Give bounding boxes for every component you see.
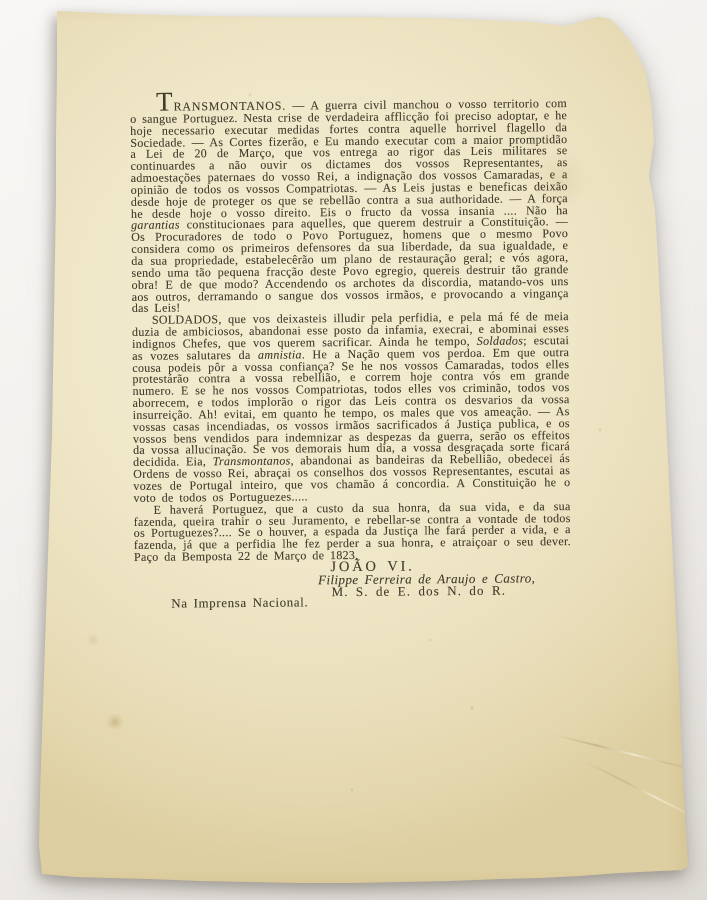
document-text: TRANSMONTANOS. — A guerra civil manchou … <box>130 98 571 611</box>
minister-signature-title: M. S. de E. dos N. do R. <box>200 583 637 599</box>
paragraph-closing: E haverá Portuguez, que a custo da sua h… <box>134 501 572 564</box>
text-segment: E haverá Portuguez, que a custo da sua h… <box>134 499 571 564</box>
photo-backdrop: TRANSMONTANOS. — A guerra civil manchou … <box>0 0 707 900</box>
paragraph-transmontanos: TRANSMONTANOS. — A guerra civil manchou … <box>130 98 569 315</box>
text-segment: . He a Nação quem vos perdoa. Em que out… <box>132 345 570 469</box>
paragraph-soldados: SOLDADOS, que vos deixasteis illudir pel… <box>132 311 571 504</box>
paper-crease <box>585 761 702 822</box>
paper-crease <box>554 734 700 772</box>
document-page: TRANSMONTANOS. — A guerra civil manchou … <box>0 0 707 900</box>
text-segment: — A guerra civil manchou o vosso territo… <box>130 96 568 220</box>
text-segment: constitucionaes para aquelles, que quere… <box>131 215 569 316</box>
